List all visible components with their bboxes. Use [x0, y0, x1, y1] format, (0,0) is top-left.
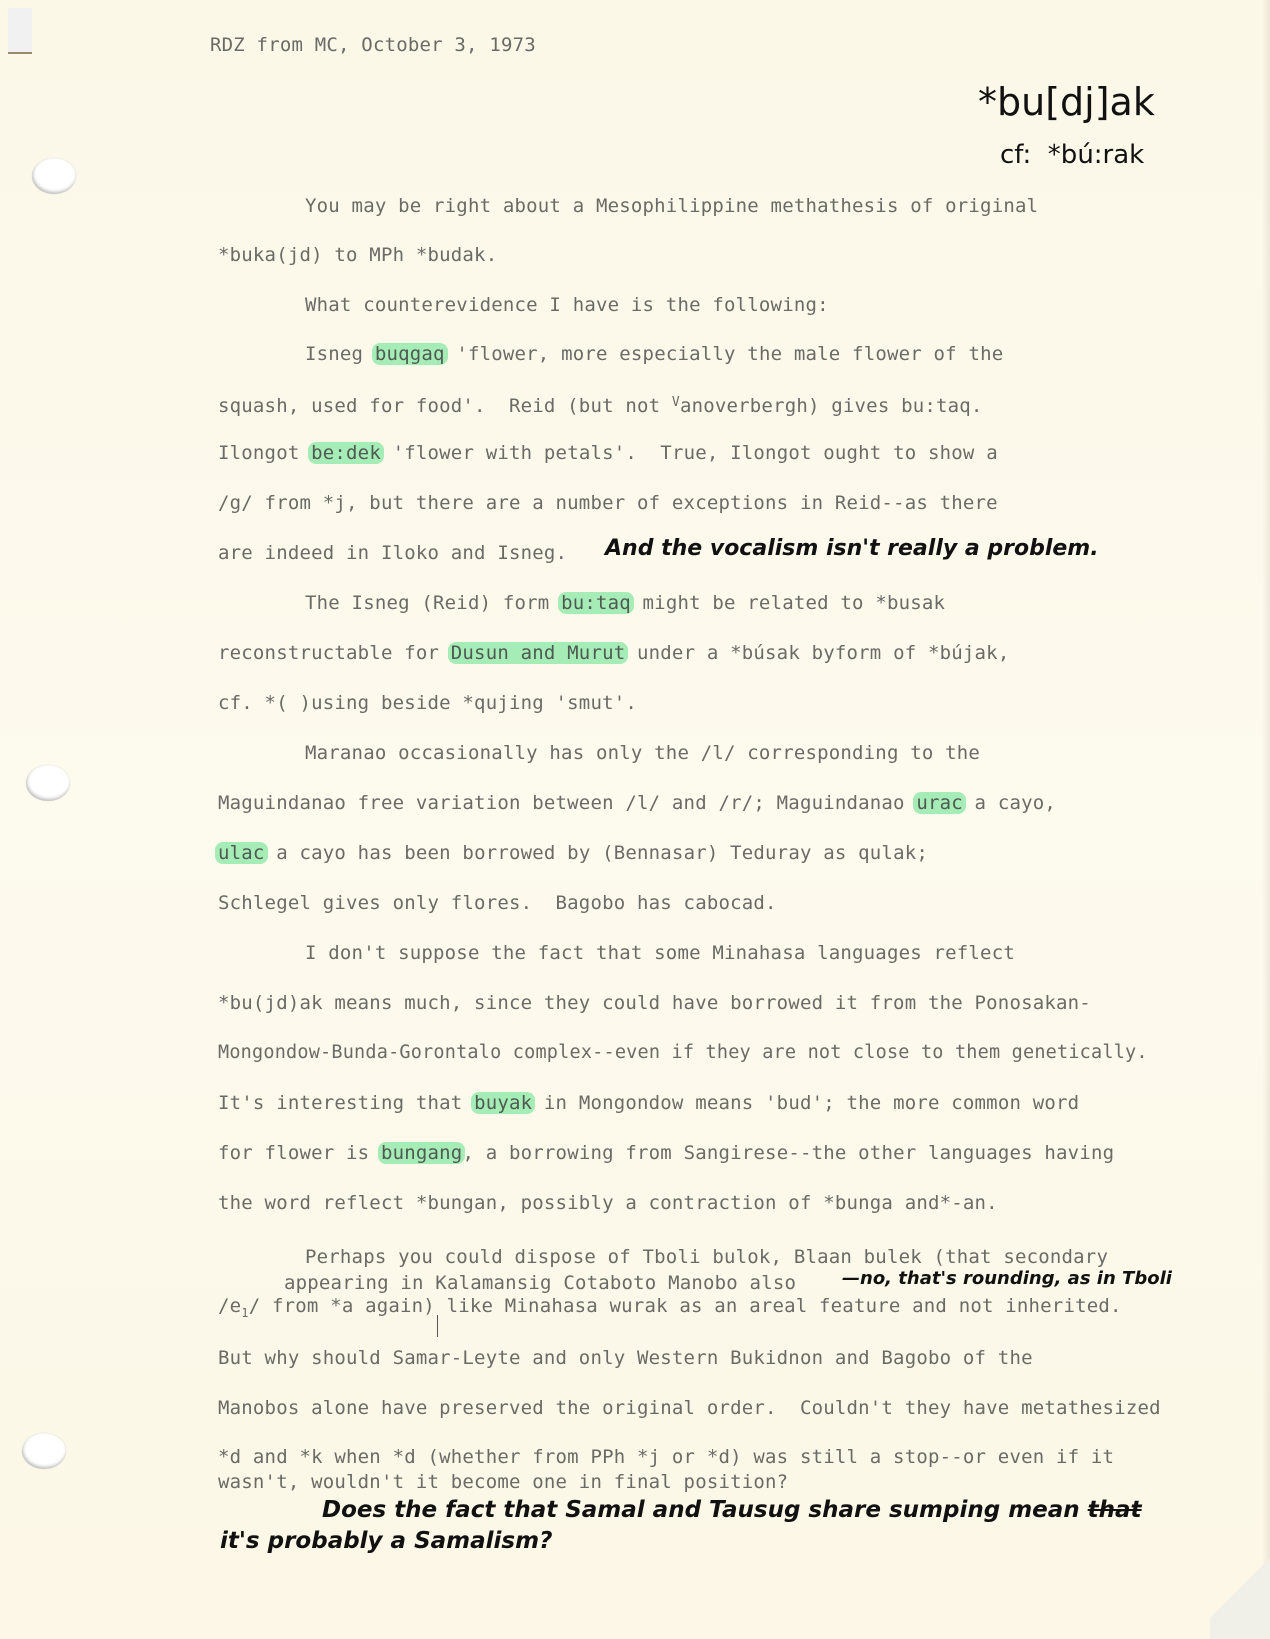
punch-hole: [26, 765, 70, 801]
text-line: What counterevidence I have is the follo…: [305, 294, 829, 316]
text-line: Isneg buqgaq 'flower, more especially th…: [305, 343, 1003, 365]
text-line: Mongondow-Bunda-Gorontalo complex--even …: [218, 1042, 1148, 1064]
page-edge-shadow: [1262, 0, 1270, 1639]
insertion-mark: [437, 1315, 438, 1337]
highlighted-word: urac: [913, 792, 966, 814]
highlighted-word: bungang: [378, 1142, 465, 1164]
text-line: *buka(jd) to MPh *budak.: [218, 244, 497, 266]
text-line: Maranao occasionally has only the /l/ co…: [305, 742, 980, 764]
handwritten-question-line1: Does the fact that Samal and Tausug shar…: [322, 1497, 1142, 1523]
text-line: are indeed in Iloko and Isneg.: [218, 542, 567, 564]
text-line: /e1/ from *a again) like Minahasa wurak …: [218, 1295, 1122, 1324]
text-line: wasn't, wouldn't it become one in final …: [218, 1471, 788, 1493]
handwritten-reconstruction: *bu[dj]ak: [978, 80, 1155, 124]
text-line: Schlegel gives only flores. Bagobo has c…: [218, 892, 777, 914]
torn-corner: [8, 8, 32, 54]
handwritten-note-vocalism: And the vocalism isn't really a problem.: [605, 536, 1099, 561]
text-line: Maguindanao free variation between /l/ a…: [218, 792, 1056, 814]
highlighted-word: buqgaq: [372, 343, 448, 365]
text-line: for flower is bungang, a borrowing from …: [218, 1142, 1114, 1164]
text-line: *d and *k when *d (whether from PPh *j o…: [218, 1446, 1114, 1468]
handwritten-note-rounding: —no, that's rounding, as in Tboli: [842, 1268, 1172, 1289]
text-line: But why should Samar-Leyte and only West…: [218, 1347, 1033, 1369]
highlighted-word: ulac: [215, 842, 268, 864]
text-line: appearing in Kalamansig Cotaboto Manobo …: [284, 1272, 796, 1294]
text-line: I don't suppose the fact that some Minah…: [305, 942, 1015, 964]
handwritten-cf-note: cf: *bú:rak: [1000, 140, 1144, 170]
text-line: You may be right about a Mesophilippine …: [305, 195, 1038, 217]
text-line: The Isneg (Reid) form bu:taq might be re…: [305, 592, 945, 614]
struck-word: that: [1088, 1497, 1142, 1523]
punch-hole: [22, 1433, 66, 1469]
memo-header: RDZ from MC, October 3, 1973: [210, 34, 536, 56]
text-line: squash, used for food'. Reid (but not Va…: [218, 392, 983, 417]
text-line: *bu(jd)ak means much, since they could h…: [218, 992, 1091, 1014]
text-line: cf. *( )using beside *qujing 'smut'.: [218, 692, 637, 714]
text-line: ulac a cayo has been borrowed by (Bennas…: [218, 842, 928, 864]
text-line: /g/ from *j, but there are a number of e…: [218, 492, 998, 514]
folded-corner: [1210, 1539, 1270, 1639]
handwritten-question-line2: it's probably a Samalism?: [220, 1528, 552, 1554]
highlighted-word: be:dek: [308, 442, 384, 464]
text-line: Manobos alone have preserved the origina…: [218, 1397, 1161, 1419]
highlighted-phrase: Dusun and Murut: [448, 642, 629, 664]
text-line: Perhaps you could dispose of Tboli bulok…: [305, 1246, 1108, 1268]
punch-hole: [32, 158, 76, 194]
document-page: RDZ from MC, October 3, 1973 *bu[dj]ak c…: [0, 0, 1270, 1639]
highlighted-word: buyak: [471, 1092, 535, 1114]
text-line: the word reflect *bungan, possibly a con…: [218, 1192, 998, 1214]
highlighted-word: bu:taq: [558, 592, 634, 614]
text-line: It's interesting that buyak in Mongondow…: [218, 1092, 1079, 1114]
text-line: Ilongot be:dek 'flower with petals'. Tru…: [218, 442, 998, 464]
text-line: reconstructable for Dusun and Murut unde…: [218, 642, 1009, 664]
